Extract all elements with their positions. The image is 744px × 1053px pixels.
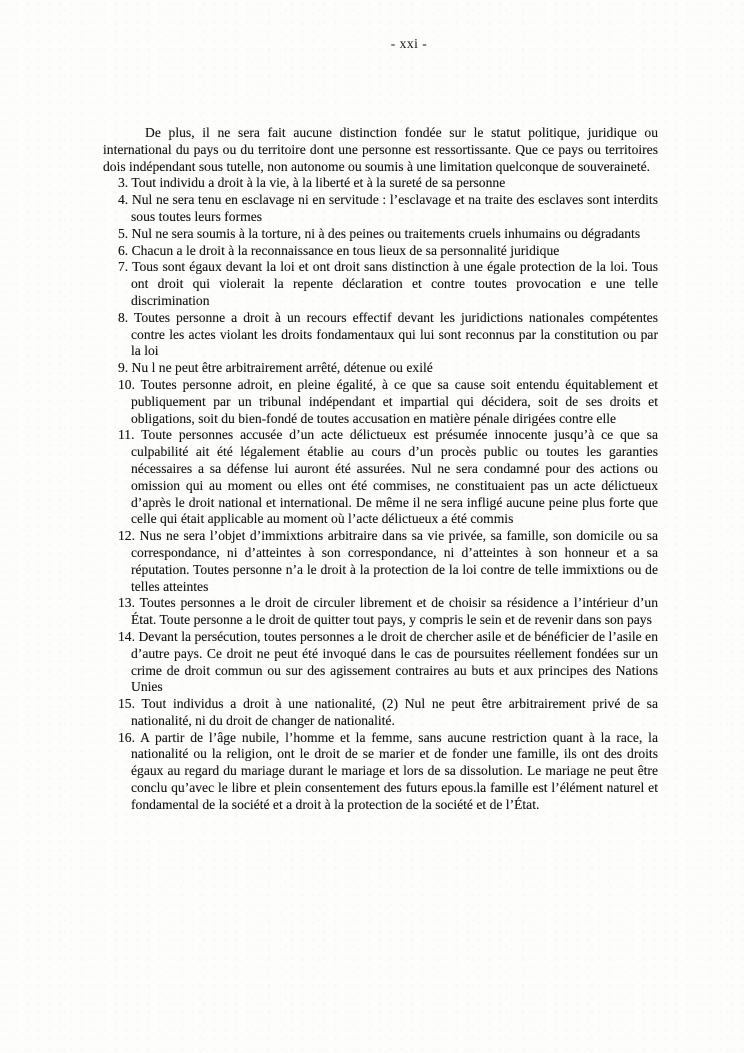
list-item-number: 13. xyxy=(118,595,135,610)
intro-paragraph: De plus, il ne sera fait aucune distinct… xyxy=(103,125,658,175)
list-item-number: 12. xyxy=(118,528,135,543)
list-item: 3. Tout individu a droit à la vie, à la … xyxy=(103,175,658,192)
list-item: 8. Toutes personne a droit à un recours … xyxy=(103,310,658,360)
list-item: 6. Chacun a le droit à la reconnaissance… xyxy=(103,243,658,260)
list-item: 9. Nu l ne peut être arbitrairement arrê… xyxy=(103,360,658,377)
list-item-text: Tout individus a droit à une nationalité… xyxy=(131,696,658,728)
list-item: 5. Nul ne sera soumis à la torture, ni à… xyxy=(103,226,658,243)
list-item-text: Nul ne sera tenu en esclavage ni en serv… xyxy=(131,192,658,224)
list-item-text: Nu l ne peut être arbitrairement arrêté,… xyxy=(132,360,433,375)
list-item: 11. Toute personnes accusée d’un acte dé… xyxy=(103,427,658,528)
list-item-text: Toutes personne adroit, en pleine égalit… xyxy=(131,377,658,426)
page-body: De plus, il ne sera fait aucune distinct… xyxy=(103,125,658,814)
list-item-number: 14. xyxy=(118,629,135,644)
list-item-number: 9. xyxy=(118,360,128,375)
list-item-number: 4. xyxy=(118,192,128,207)
list-item-number: 3. xyxy=(118,175,128,190)
list-item: 4. Nul ne sera tenu en esclavage ni en s… xyxy=(103,192,658,226)
list-item-number: 11. xyxy=(118,427,135,442)
list-item-number: 6. xyxy=(118,243,128,258)
page-number: - xxi - xyxy=(37,36,744,52)
list-item-number: 10. xyxy=(118,377,135,392)
list-item-number: 5. xyxy=(118,226,128,241)
list-item-number: 16. xyxy=(118,730,135,745)
list-item: 10. Toutes personne adroit, en pleine ég… xyxy=(103,377,658,427)
list-item: 7. Tous sont égaux devant la loi et ont … xyxy=(103,259,658,309)
list-item: 15. Tout individus a droit à une nationa… xyxy=(103,696,658,730)
list-item-text: Chacun a le droit à la reconnaissance en… xyxy=(132,243,560,258)
list-item-text: Tout individu a droit à la vie, à la lib… xyxy=(131,175,505,190)
list-item-text: Nul ne sera soumis à la torture, ni à de… xyxy=(132,226,641,241)
list-item-text: Devant la persécution, toutes personnes … xyxy=(131,629,658,694)
list-item-number: 7. xyxy=(118,259,128,274)
list-item-number: 8. xyxy=(118,310,128,325)
list-item-text: Toutes personne a droit à un recours eff… xyxy=(131,310,658,359)
list-item-text: Tous sont égaux devant la loi et ont dro… xyxy=(131,259,658,308)
list-item: 16. A partir de l’âge nubile, l’homme et… xyxy=(103,730,658,814)
list-item-number: 15. xyxy=(118,696,135,711)
list-item: 13. Toutes personnes a le droit de circu… xyxy=(103,595,658,629)
list-item-text: A partir de l’âge nubile, l’homme et la … xyxy=(131,730,658,812)
document-page: - xxi - De plus, il ne sera fait aucune … xyxy=(0,0,744,1053)
list-item-text: Toutes personnes a le droit de circuler … xyxy=(131,595,658,627)
list-item: 12. Nus ne sera l’objet d’immixtions arb… xyxy=(103,528,658,595)
list-item-text: Nus ne sera l’objet d’immixtions arbitra… xyxy=(131,528,658,593)
list-item: 14. Devant la persécution, toutes person… xyxy=(103,629,658,696)
list-item-text: Toute personnes accusée d’un acte délict… xyxy=(131,427,658,526)
